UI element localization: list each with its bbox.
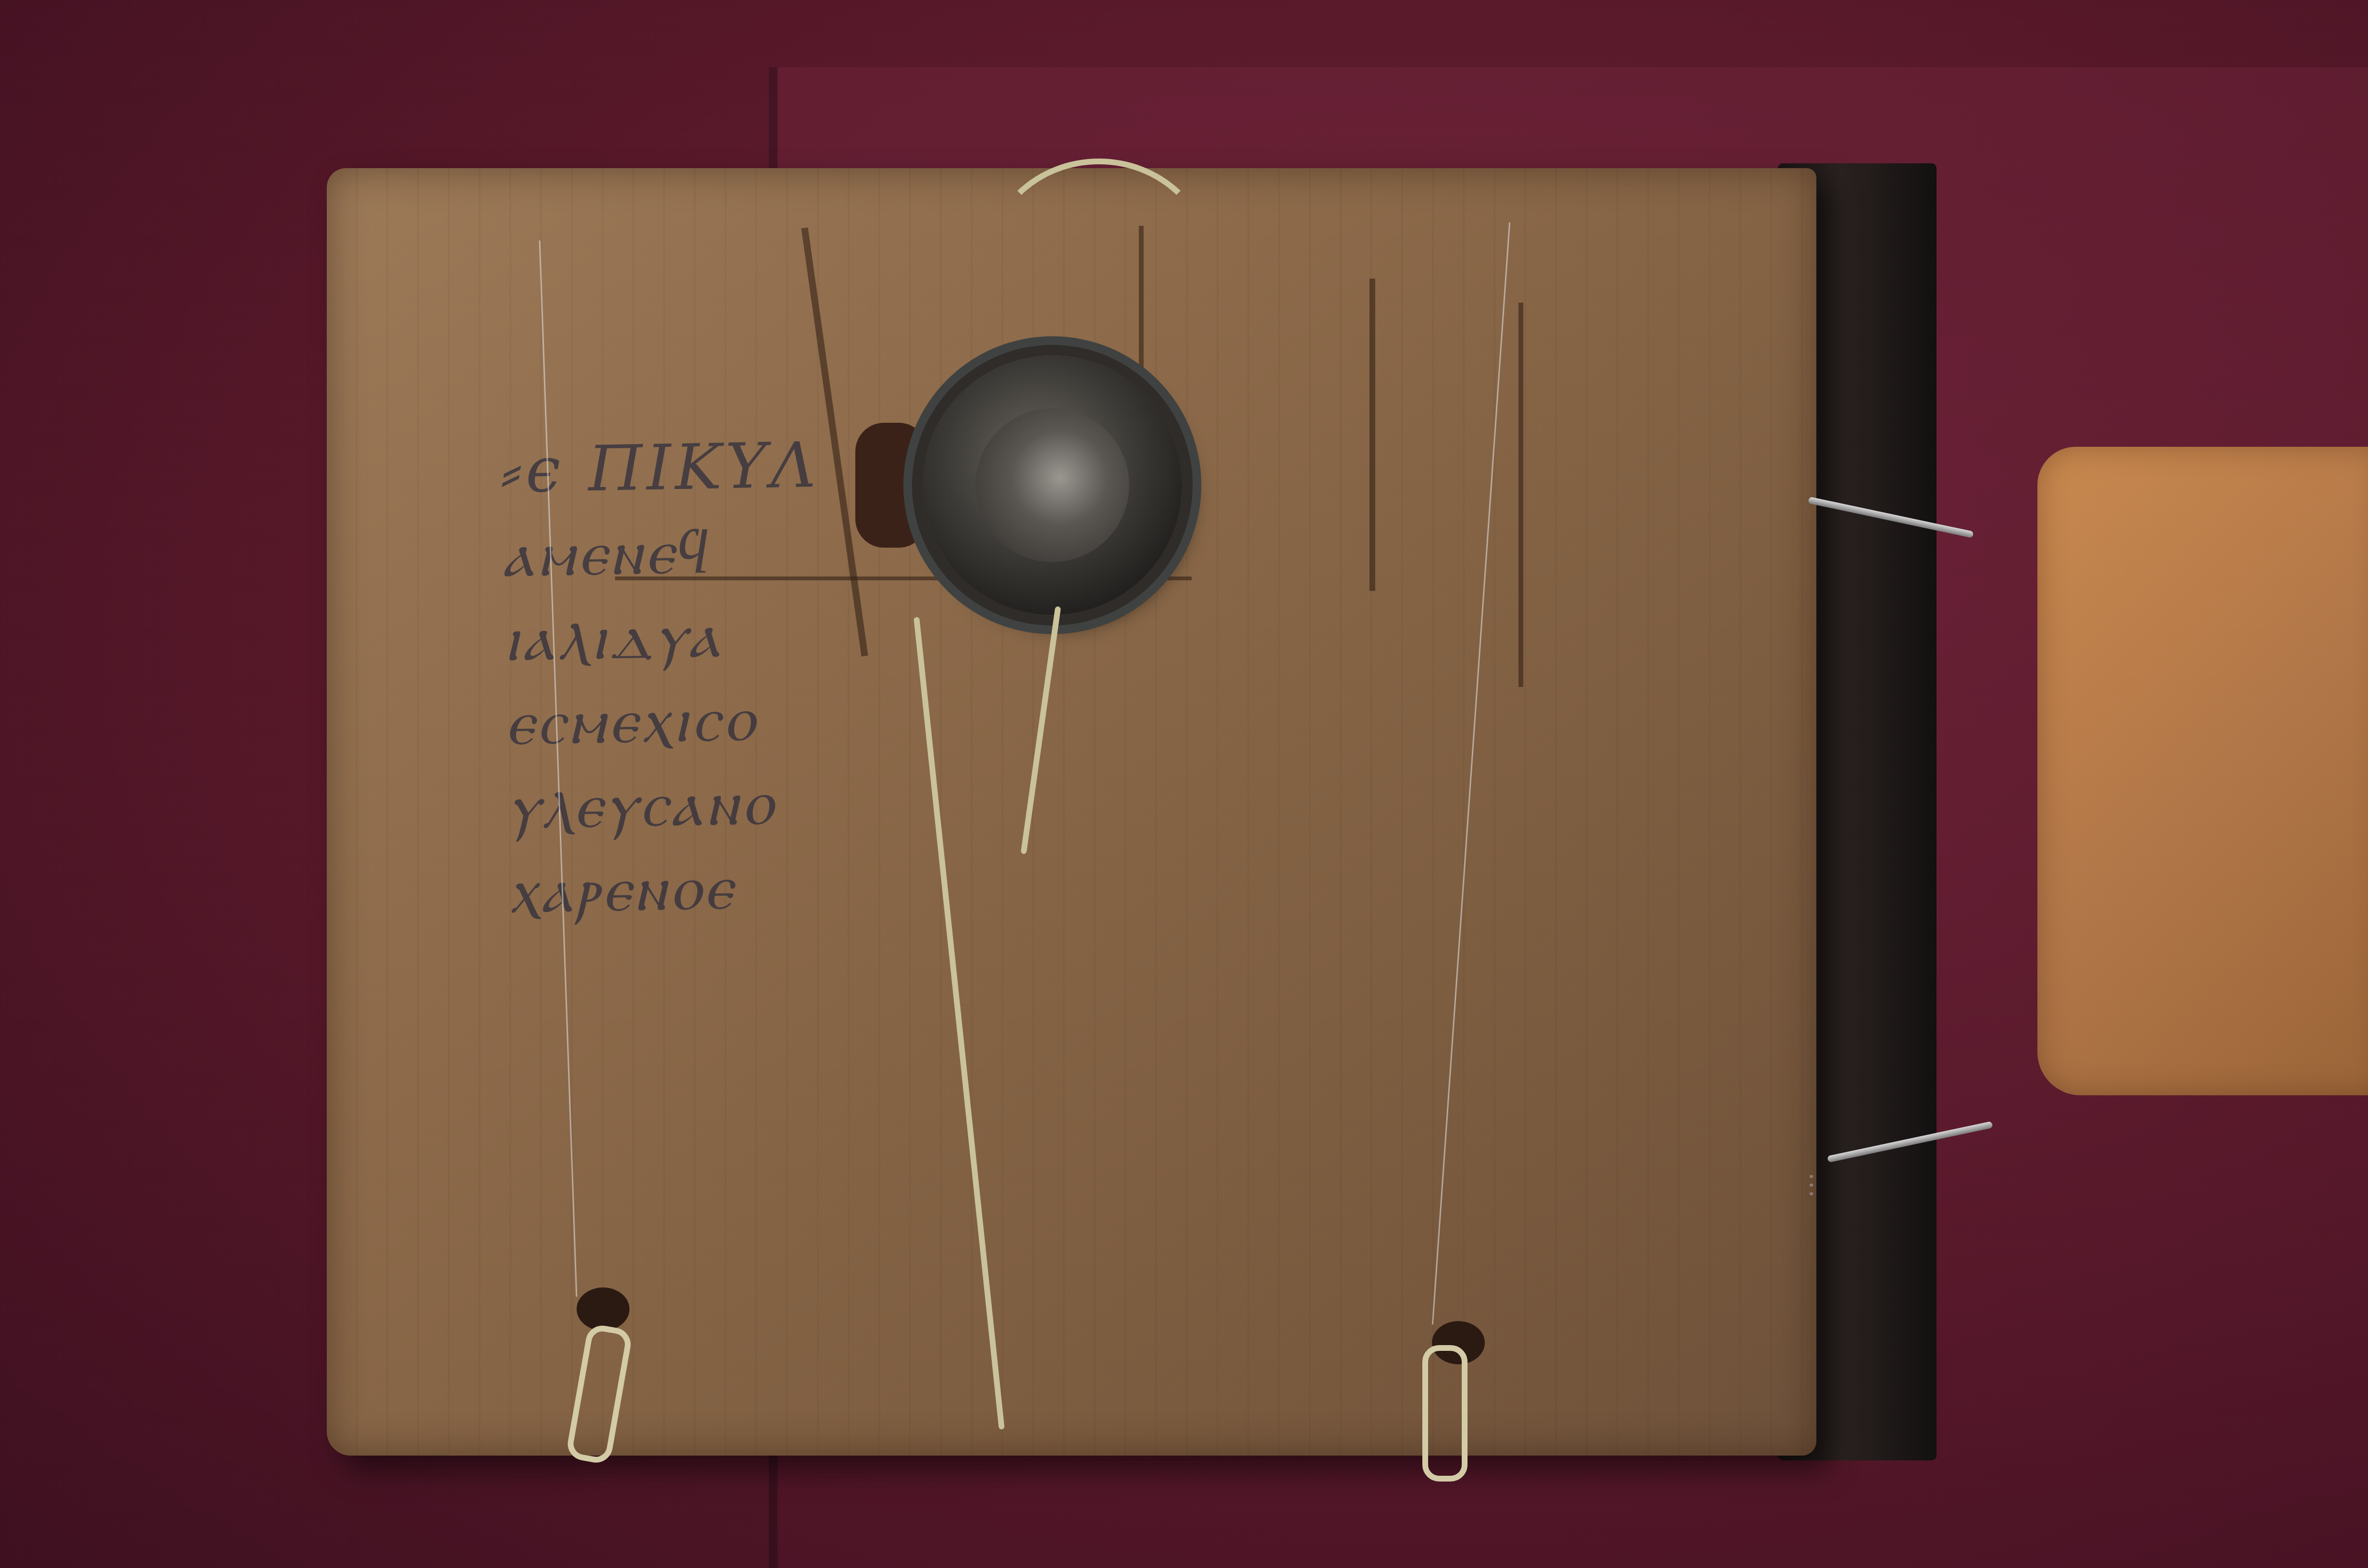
adjacent-wooden-object (2037, 447, 2368, 1095)
binding-string-loop (985, 159, 1213, 372)
seal-emblem-icon (975, 408, 1129, 562)
round-seal (923, 355, 1182, 615)
inscription-line: ⲭⲁⲣⲉⲛⲟⲉ (507, 837, 1182, 933)
binding-hole (577, 1287, 629, 1331)
wood-groove (1369, 279, 1375, 591)
string-knot (1422, 1345, 1468, 1482)
inscription-line: ⲩⲗⲉⲩⲥⲁⲛⲟ (506, 753, 1180, 849)
inventory-mark: ⋯ (1797, 1172, 1827, 1198)
seal-knob (855, 423, 927, 548)
inscription-line: ⲉⲥⲙⲉⲭⲓⲥⲟ (505, 669, 1179, 765)
wood-groove (1518, 303, 1523, 687)
